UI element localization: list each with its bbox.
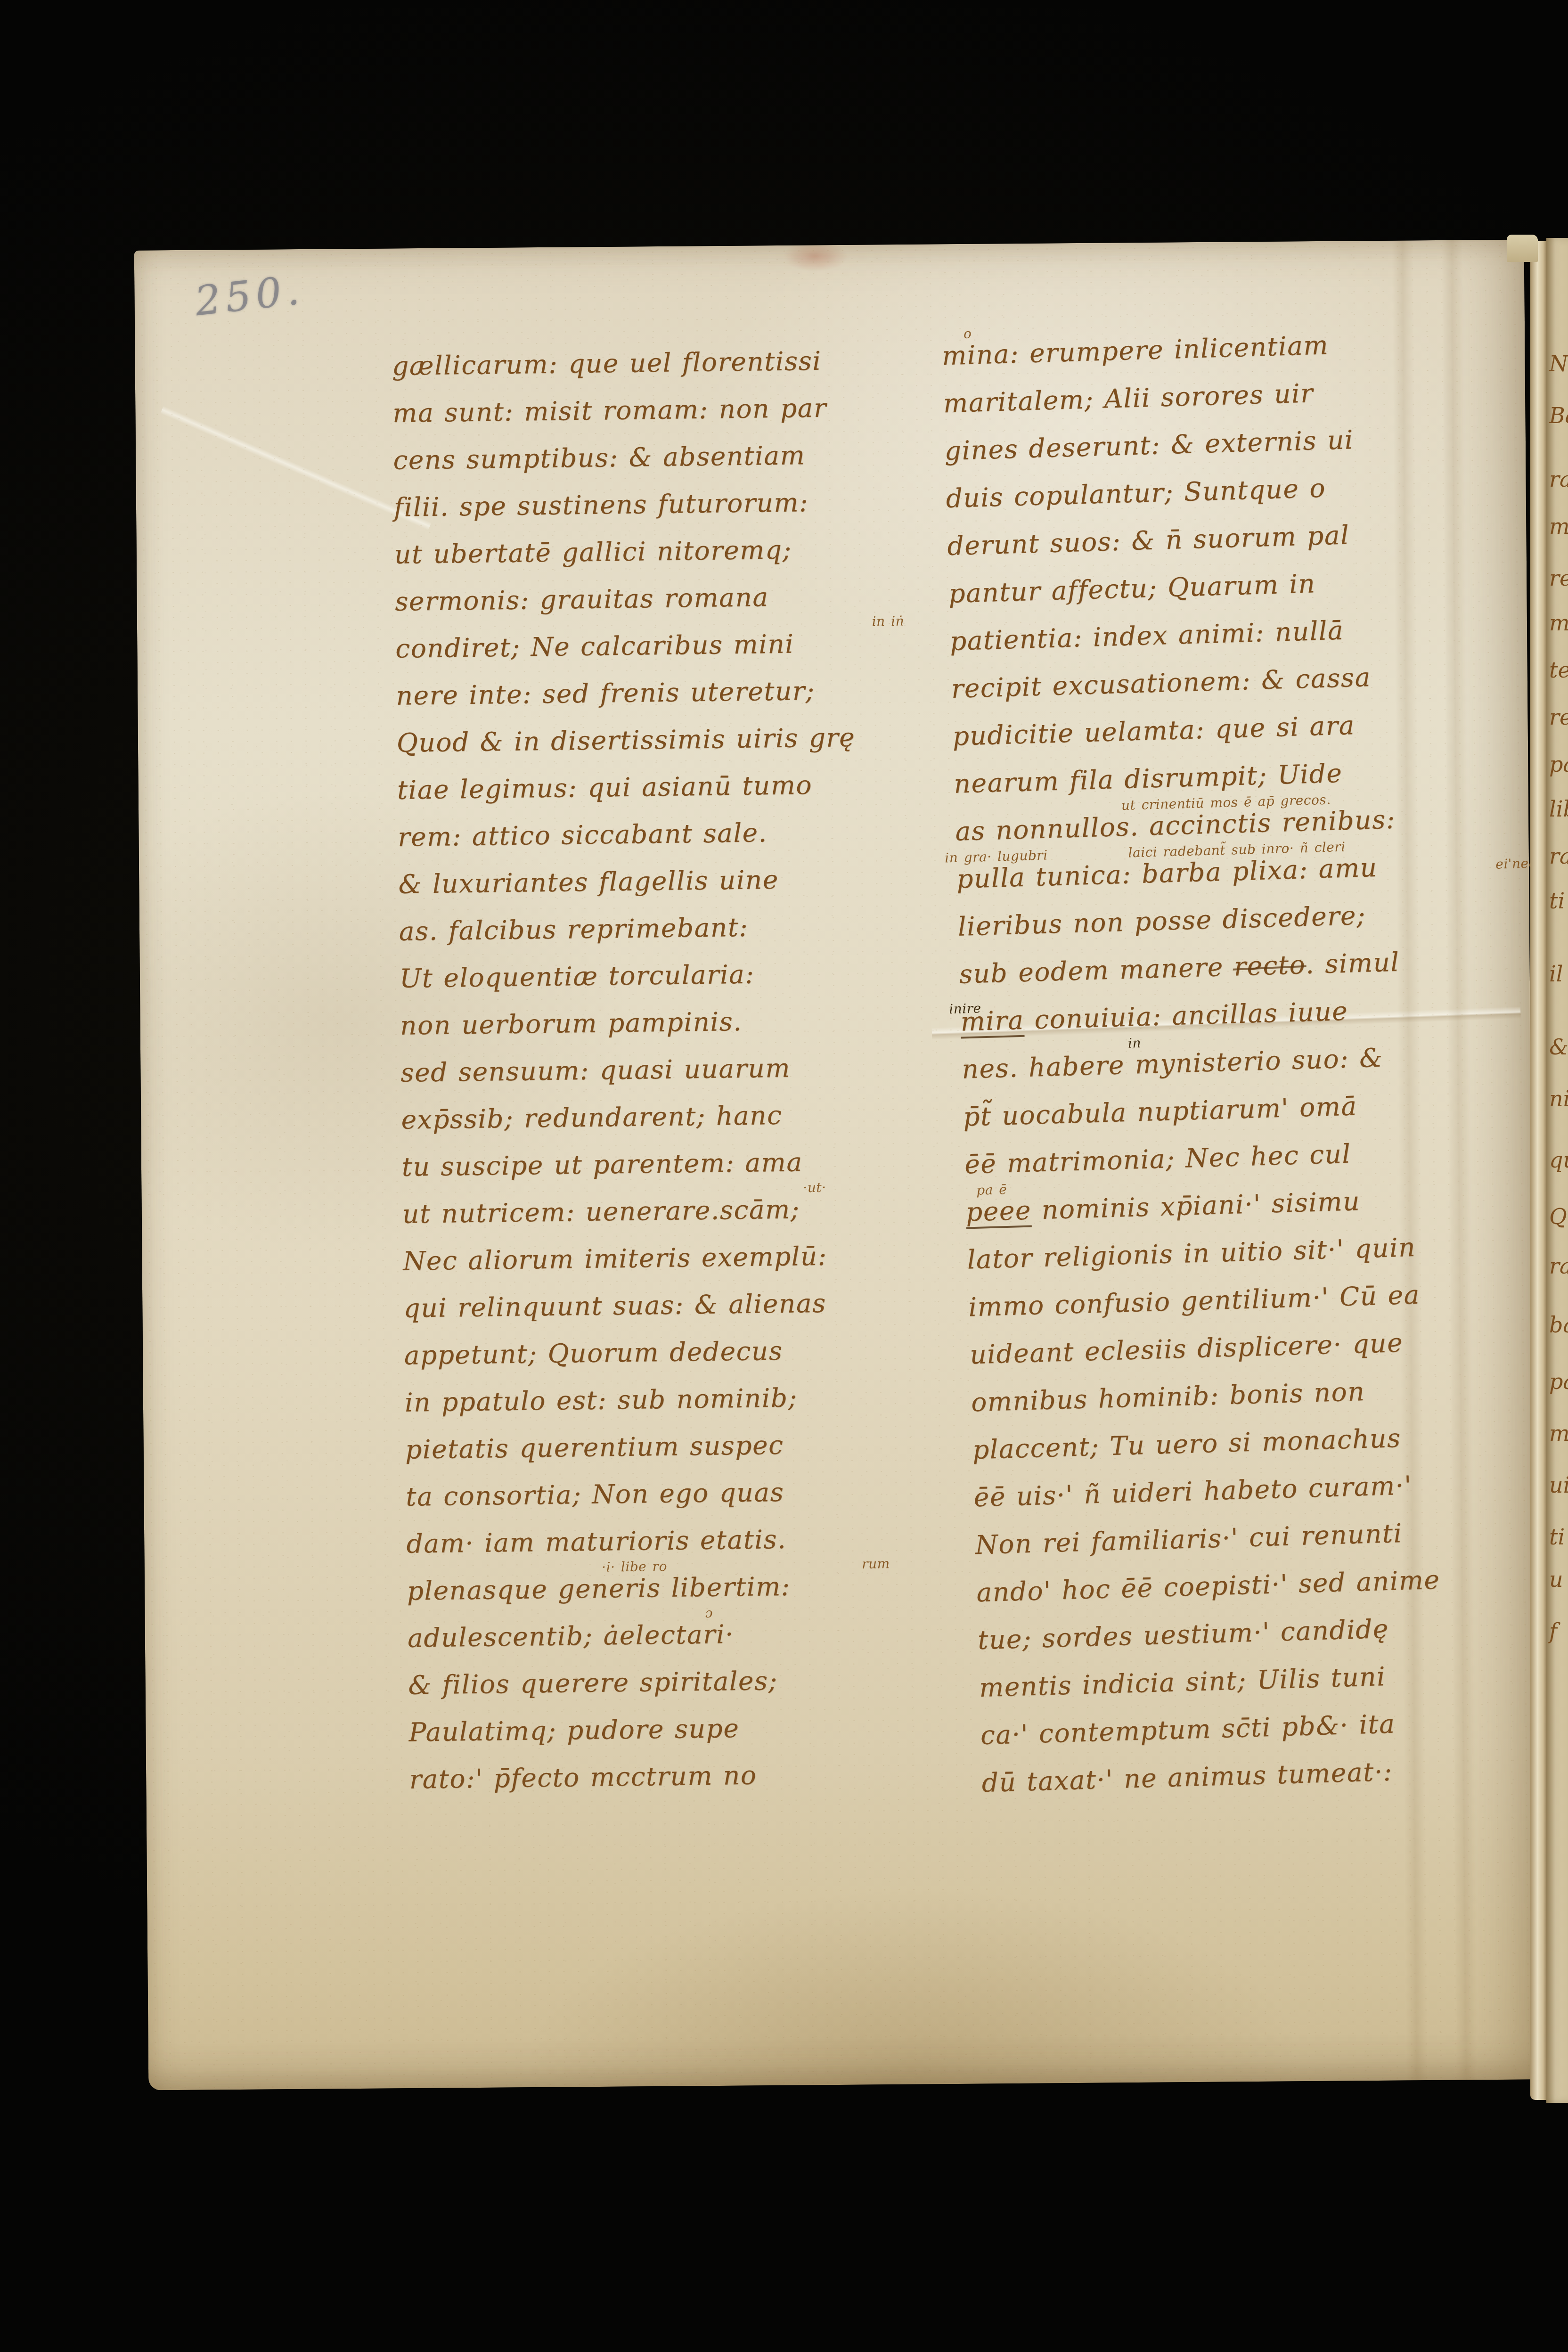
manuscript-line: Paulatimq; pudore supe [408, 1711, 951, 1764]
manuscript-line: ut ubertatē gallici nitoremq; [394, 533, 937, 587]
manuscript-line: qui relinquunt suas: & alienas [403, 1287, 946, 1340]
manuscript-page: 250. gællicarum: que uel florentissima s… [134, 239, 1539, 2090]
next-folio-line-fragment: ra [1549, 843, 1568, 869]
next-folio-line-fragment: pa [1549, 1369, 1568, 1394]
interlinear-gloss: ·i· libe ro [602, 1559, 667, 1575]
next-folio-line-fragment: Ba [1549, 403, 1568, 428]
next-folio-line-fragment: mi [1549, 1421, 1568, 1446]
manuscript-line: cens sumptibus: & absentiam [393, 439, 935, 492]
next-folio-line-fragment: qu [1549, 1147, 1568, 1173]
interlinear-gloss: ɔ [705, 1605, 713, 1621]
next-folio-line-fragment: ni [1549, 1086, 1568, 1111]
manuscript-line: tiae legimus: qui asianū tumo [397, 768, 939, 822]
next-folio-line-fragment: u [1549, 1567, 1563, 1592]
corrected-word: recto [1233, 949, 1306, 981]
text-column-right: mina: erumpere inlicentiamomaritalem; Al… [941, 325, 1538, 1815]
parchment-crease [160, 406, 432, 530]
manuscript-line: rato:' p̄fecto mcctrum no [409, 1758, 951, 1812]
interlinear-gloss: ·ut· [803, 1180, 826, 1196]
manuscript-line: as. falcibus reprimebant: [399, 910, 941, 964]
next-folio-line-fragment: ui [1549, 1472, 1568, 1498]
next-folio-line-fragment: Qu [1549, 1204, 1568, 1229]
next-folio-line-fragment: f [1549, 1618, 1557, 1644]
manuscript-line: pietatis querentium suspec [405, 1428, 947, 1482]
manuscript-line: plenasque generis libertim:·i· libe roru… [407, 1569, 949, 1623]
folio-number-pencil: 250. [193, 266, 306, 325]
manuscript-line: Nec aliorum imiteris exemplū: [403, 1240, 945, 1293]
next-folio-line-fragment: ra [1549, 1253, 1568, 1279]
interlinear-gloss: pa ē [976, 1182, 1007, 1198]
manuscript-line: Quod & in disertissimis uiris grę [396, 721, 939, 775]
next-folio-line-fragment: il [1549, 961, 1563, 987]
manuscript-line: appetunt; Quorum dedecus [404, 1334, 946, 1388]
photo-backdrop: 250. gællicarum: que uel florentissima s… [0, 0, 1568, 2352]
manuscript-line: rem: attico siccabant sale. [398, 816, 940, 869]
manuscript-line: in ppatulo est: sub nominib; [405, 1381, 947, 1435]
text-column-left: gællicarum: que uel florentissima sunt: … [392, 344, 952, 1812]
line-text: . simul [1305, 947, 1400, 980]
interlinear-gloss: in [1128, 1035, 1142, 1051]
manuscript-line: Ut eloquentiæ torcularia: [400, 957, 942, 1011]
manuscript-line: tu suscipe ut parentem: ama [401, 1145, 944, 1199]
manuscript-line: ut nutricem: uenerare.scām;·ut· [402, 1192, 945, 1246]
next-folio-line-fragment: Ne [1549, 351, 1568, 376]
interlinear-gloss: in gra· lugubri [945, 847, 1048, 866]
next-folio-line-fragment: lib [1549, 796, 1568, 822]
manuscript-line: sed sensuum: quasi uuarum [400, 1051, 943, 1105]
manuscript-line: & filios querere spiritales; [408, 1664, 950, 1717]
manuscript-line: sermonis: grauitas romana [395, 580, 937, 634]
interlinear-gloss: inire [949, 1000, 981, 1017]
manuscript-line: filii. spe sustinens futurorum: [393, 486, 936, 539]
next-folio-line-fragment: pa [1549, 751, 1568, 777]
manuscript-line: gællicarum: que uel florentissi [392, 344, 934, 398]
parchment-corner-tab [1507, 235, 1538, 262]
manuscript-line: condiret; Ne calcaribus miniin iṅ [395, 627, 938, 681]
manuscript-line: exp̄ssib; redundarent; hanc [401, 1098, 943, 1152]
page-edge-roll [1530, 241, 1546, 2100]
manuscript-line: non uerborum pampinis. [400, 1004, 942, 1058]
interlinear-gloss: rum [862, 1556, 890, 1572]
next-folio-edge: NeBaramoremoterrefpalibratiil&rniquQurab… [1546, 238, 1568, 2103]
next-folio-line-fragment: ba [1549, 1312, 1568, 1338]
next-folio-line-fragment: ter [1549, 657, 1568, 683]
manuscript-line: ma sunt: misit romam: non par [392, 392, 935, 445]
interlinear-gloss: o [964, 326, 972, 341]
next-folio-line-fragment: ref [1549, 704, 1568, 730]
next-folio-line-fragment: &r [1549, 1034, 1568, 1060]
manuscript-line: nere inte: sed frenis uteretur; [396, 674, 938, 728]
next-folio-line-fragment: re [1549, 565, 1568, 591]
next-folio-line-fragment: ra [1549, 466, 1568, 492]
corrected-word: peee [965, 1195, 1032, 1229]
next-folio-line-fragment: ti [1549, 1524, 1565, 1550]
manuscript-line: ta consortia; Non ego quas [406, 1475, 948, 1529]
next-folio-line-fragment: mo [1549, 610, 1568, 636]
next-folio-line-fragment: ti [1549, 888, 1565, 914]
manuscript-line: adulescentib; ȧelectari·ɔ [408, 1617, 950, 1670]
next-folio-line-fragment: mo [1549, 514, 1568, 539]
interlinear-gloss: in iṅ [872, 613, 905, 629]
manuscript-line: & luxuriantes flagellis uine [398, 863, 940, 916]
